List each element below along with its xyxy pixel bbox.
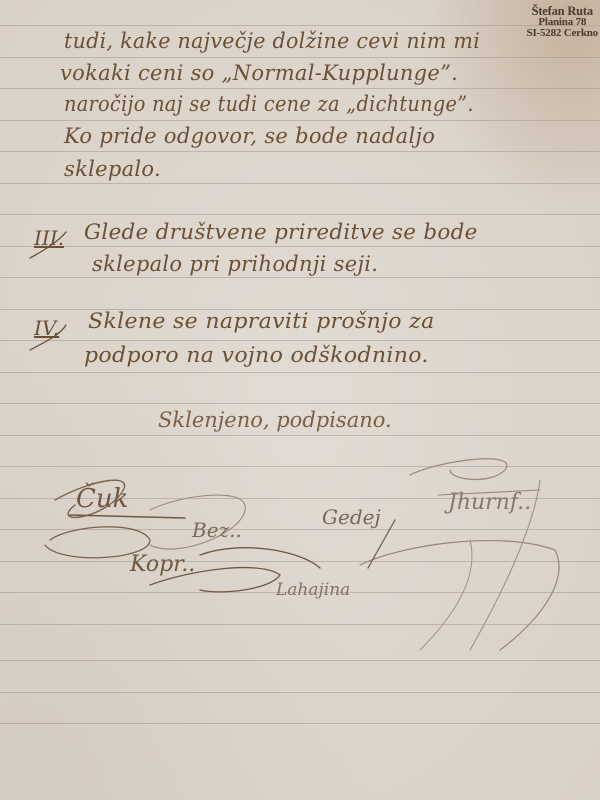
signature: Lahajina — [276, 580, 350, 600]
text-line: sklepalo pri prihodnji seji. — [92, 252, 378, 276]
text-line: vokaki ceni so „Normal-Kupplunge”. — [60, 61, 458, 85]
ruled-line — [0, 403, 600, 404]
section-numeral: III. — [34, 226, 64, 250]
section-numeral: IV. — [34, 316, 59, 340]
ruled-line — [0, 466, 600, 467]
text-line: sklepalo. — [64, 157, 161, 181]
ruled-line — [0, 246, 600, 247]
ruled-line — [0, 624, 600, 625]
ruled-line — [0, 660, 600, 661]
ruled-line — [0, 435, 600, 436]
signature: Gedej — [322, 505, 381, 529]
text-line: Sklene se napraviti prošnjo za — [88, 309, 435, 333]
ruled-line — [0, 277, 600, 278]
ruled-line — [0, 372, 600, 373]
ruled-line — [0, 692, 600, 693]
closing-statement: Sklenjeno, podpisano. — [158, 408, 392, 432]
text-line: naročijo naj se tudi cene za „dichtunge”… — [64, 92, 474, 116]
ruled-line — [0, 723, 600, 724]
signature: Jhurnf.. — [448, 490, 531, 515]
ruled-line — [0, 183, 600, 184]
text-line: tudi, kake največje dolžine cevi nim mi — [64, 29, 480, 53]
ruled-line — [0, 529, 600, 530]
text-line: Glede društvene prireditve se bode — [84, 220, 478, 244]
ruled-line — [0, 25, 600, 26]
stamp-postcode: SI-5282 Cerkno — [527, 28, 598, 39]
ruled-line — [0, 214, 600, 215]
signature: Čuk — [76, 484, 128, 514]
ruled-line — [0, 340, 600, 341]
ruled-line — [0, 57, 600, 58]
ruled-line — [0, 88, 600, 89]
text-line: podporo na vojno odškodnino. — [84, 343, 429, 367]
ruled-line — [0, 120, 600, 121]
signature: Bez.. — [192, 518, 242, 542]
ruled-line — [0, 151, 600, 152]
signature: Kopr.. — [130, 552, 195, 577]
ruled-line — [0, 561, 600, 562]
archive-stamp: Štefan Ruta Planina 78 SI-5282 Cerkno — [527, 6, 598, 39]
text-line: Ko pride odgovor, se bode nadaljo — [64, 124, 435, 148]
